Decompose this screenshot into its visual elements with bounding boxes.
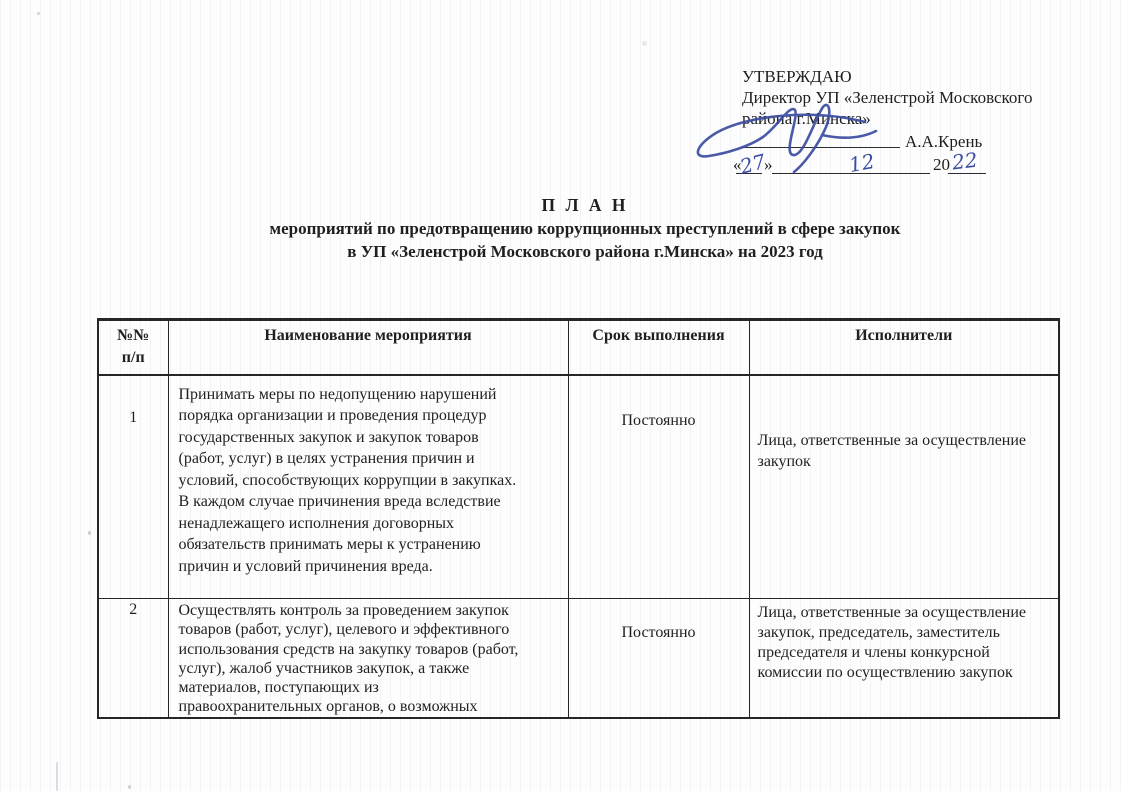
document-title: П Л А Н мероприятий по предотвращению ко…: [100, 194, 1070, 263]
document-page: УТВЕРЖДАЮ Директор УП «Зеленстрой Москов…: [0, 0, 1121, 791]
plan-table: №№ п/п Наименование мероприятия Срок вып…: [97, 318, 1060, 719]
row1-term: Постоянно: [568, 375, 749, 599]
row2-number: 2: [98, 599, 168, 718]
title-line-3: в УП «Зеленстрой Московского района г.Ми…: [100, 240, 1070, 263]
approval-heading: УТВЕРЖДАЮ: [733, 66, 1093, 87]
header-term: Срок выполнения: [568, 320, 749, 375]
table-row: 1 Принимать меры по недопущению нарушени…: [98, 375, 1059, 599]
table-row: 2 Осуществлять контроль за проведением з…: [98, 599, 1059, 718]
scan-speck: [37, 12, 40, 15]
scan-speck: [642, 41, 647, 46]
scan-speck: [88, 531, 91, 535]
scan-speck: [128, 785, 131, 789]
row2-term: Постоянно: [568, 599, 749, 718]
header-num: №№ п/п: [98, 320, 168, 375]
row1-executors: Лица, ответственные за осуществление зак…: [749, 375, 1059, 599]
row1-measure: Принимать меры по недопущению нарушений …: [168, 375, 568, 599]
handwritten-year: 22: [951, 150, 979, 173]
year-prefix: 20: [933, 155, 950, 175]
row1-number: 1: [98, 375, 168, 599]
row2-measure: Осуществлять контроль за проведением зак…: [168, 599, 568, 718]
signature-ink: [683, 95, 918, 180]
header-executors: Исполнители: [749, 320, 1059, 375]
row2-executors: Лица, ответственные за осуществление зак…: [749, 599, 1059, 718]
title-line-1: П Л А Н: [100, 194, 1070, 217]
header-name: Наименование мероприятия: [168, 320, 568, 375]
scan-streak: [56, 762, 58, 791]
title-line-2: мероприятий по предотвращению коррупцион…: [100, 217, 1070, 240]
table-header-row: №№ п/п Наименование мероприятия Срок вып…: [98, 320, 1059, 375]
